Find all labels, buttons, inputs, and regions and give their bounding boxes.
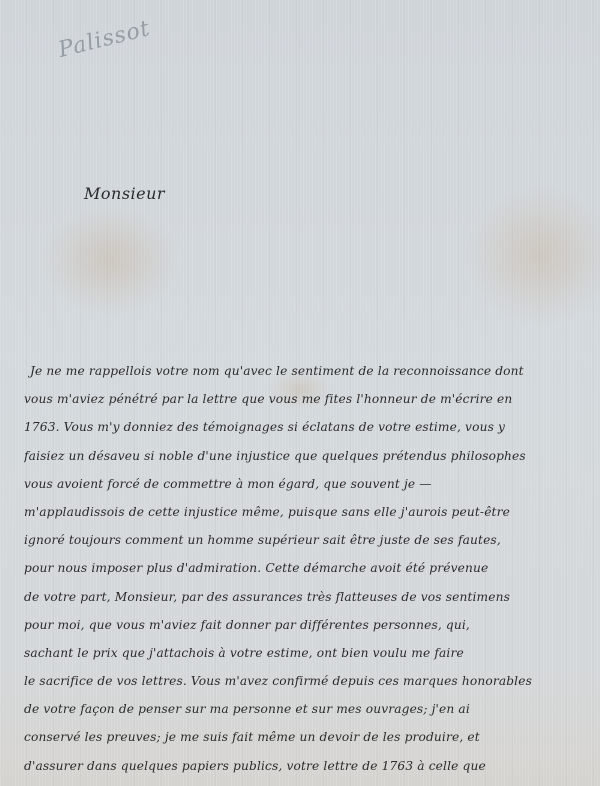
letter-line: de votre part, Monsieur, par des assuran…	[24, 583, 590, 611]
letter-line: 1763. Vous m'y donniez des témoignages s…	[24, 413, 590, 441]
letter-body: Je ne me rappellois votre nom qu'avec le…	[24, 357, 590, 780]
letter-line: ignoré toujours comment un homme supérie…	[24, 526, 590, 554]
letter-line: de votre façon de penser sur ma personne…	[24, 695, 590, 723]
letter-line: vous avoient forcé de commettre à mon ég…	[24, 470, 590, 498]
letter-line: le sacrifice de vos lettres. Vous m'avez…	[24, 667, 590, 695]
letter-line: faisiez un désaveu si noble d'une injust…	[24, 442, 590, 470]
salutation: Monsieur	[84, 184, 165, 203]
letter-line: pour nous imposer plus d'admiration. Cet…	[24, 554, 590, 582]
letter-line: conservé les preuves; je me suis fait mê…	[24, 723, 590, 751]
letter-line: Je ne me rappellois votre nom qu'avec le…	[24, 357, 590, 385]
letter-line: m'applaudissois de cette injustice même,…	[24, 498, 590, 526]
pencil-annotation: Palissot	[56, 16, 153, 63]
letter-line: sachant le prix que j'attachois à votre …	[24, 639, 590, 667]
letter-line: pour moi, que vous m'aviez fait donner p…	[24, 611, 590, 639]
letter-line: d'assurer dans quelques papiers publics,…	[24, 752, 590, 780]
letter-page: Palissot Monsieur Je ne me rappellois vo…	[0, 0, 600, 786]
letter-line: vous m'aviez pénétré par la lettre que v…	[24, 385, 590, 413]
